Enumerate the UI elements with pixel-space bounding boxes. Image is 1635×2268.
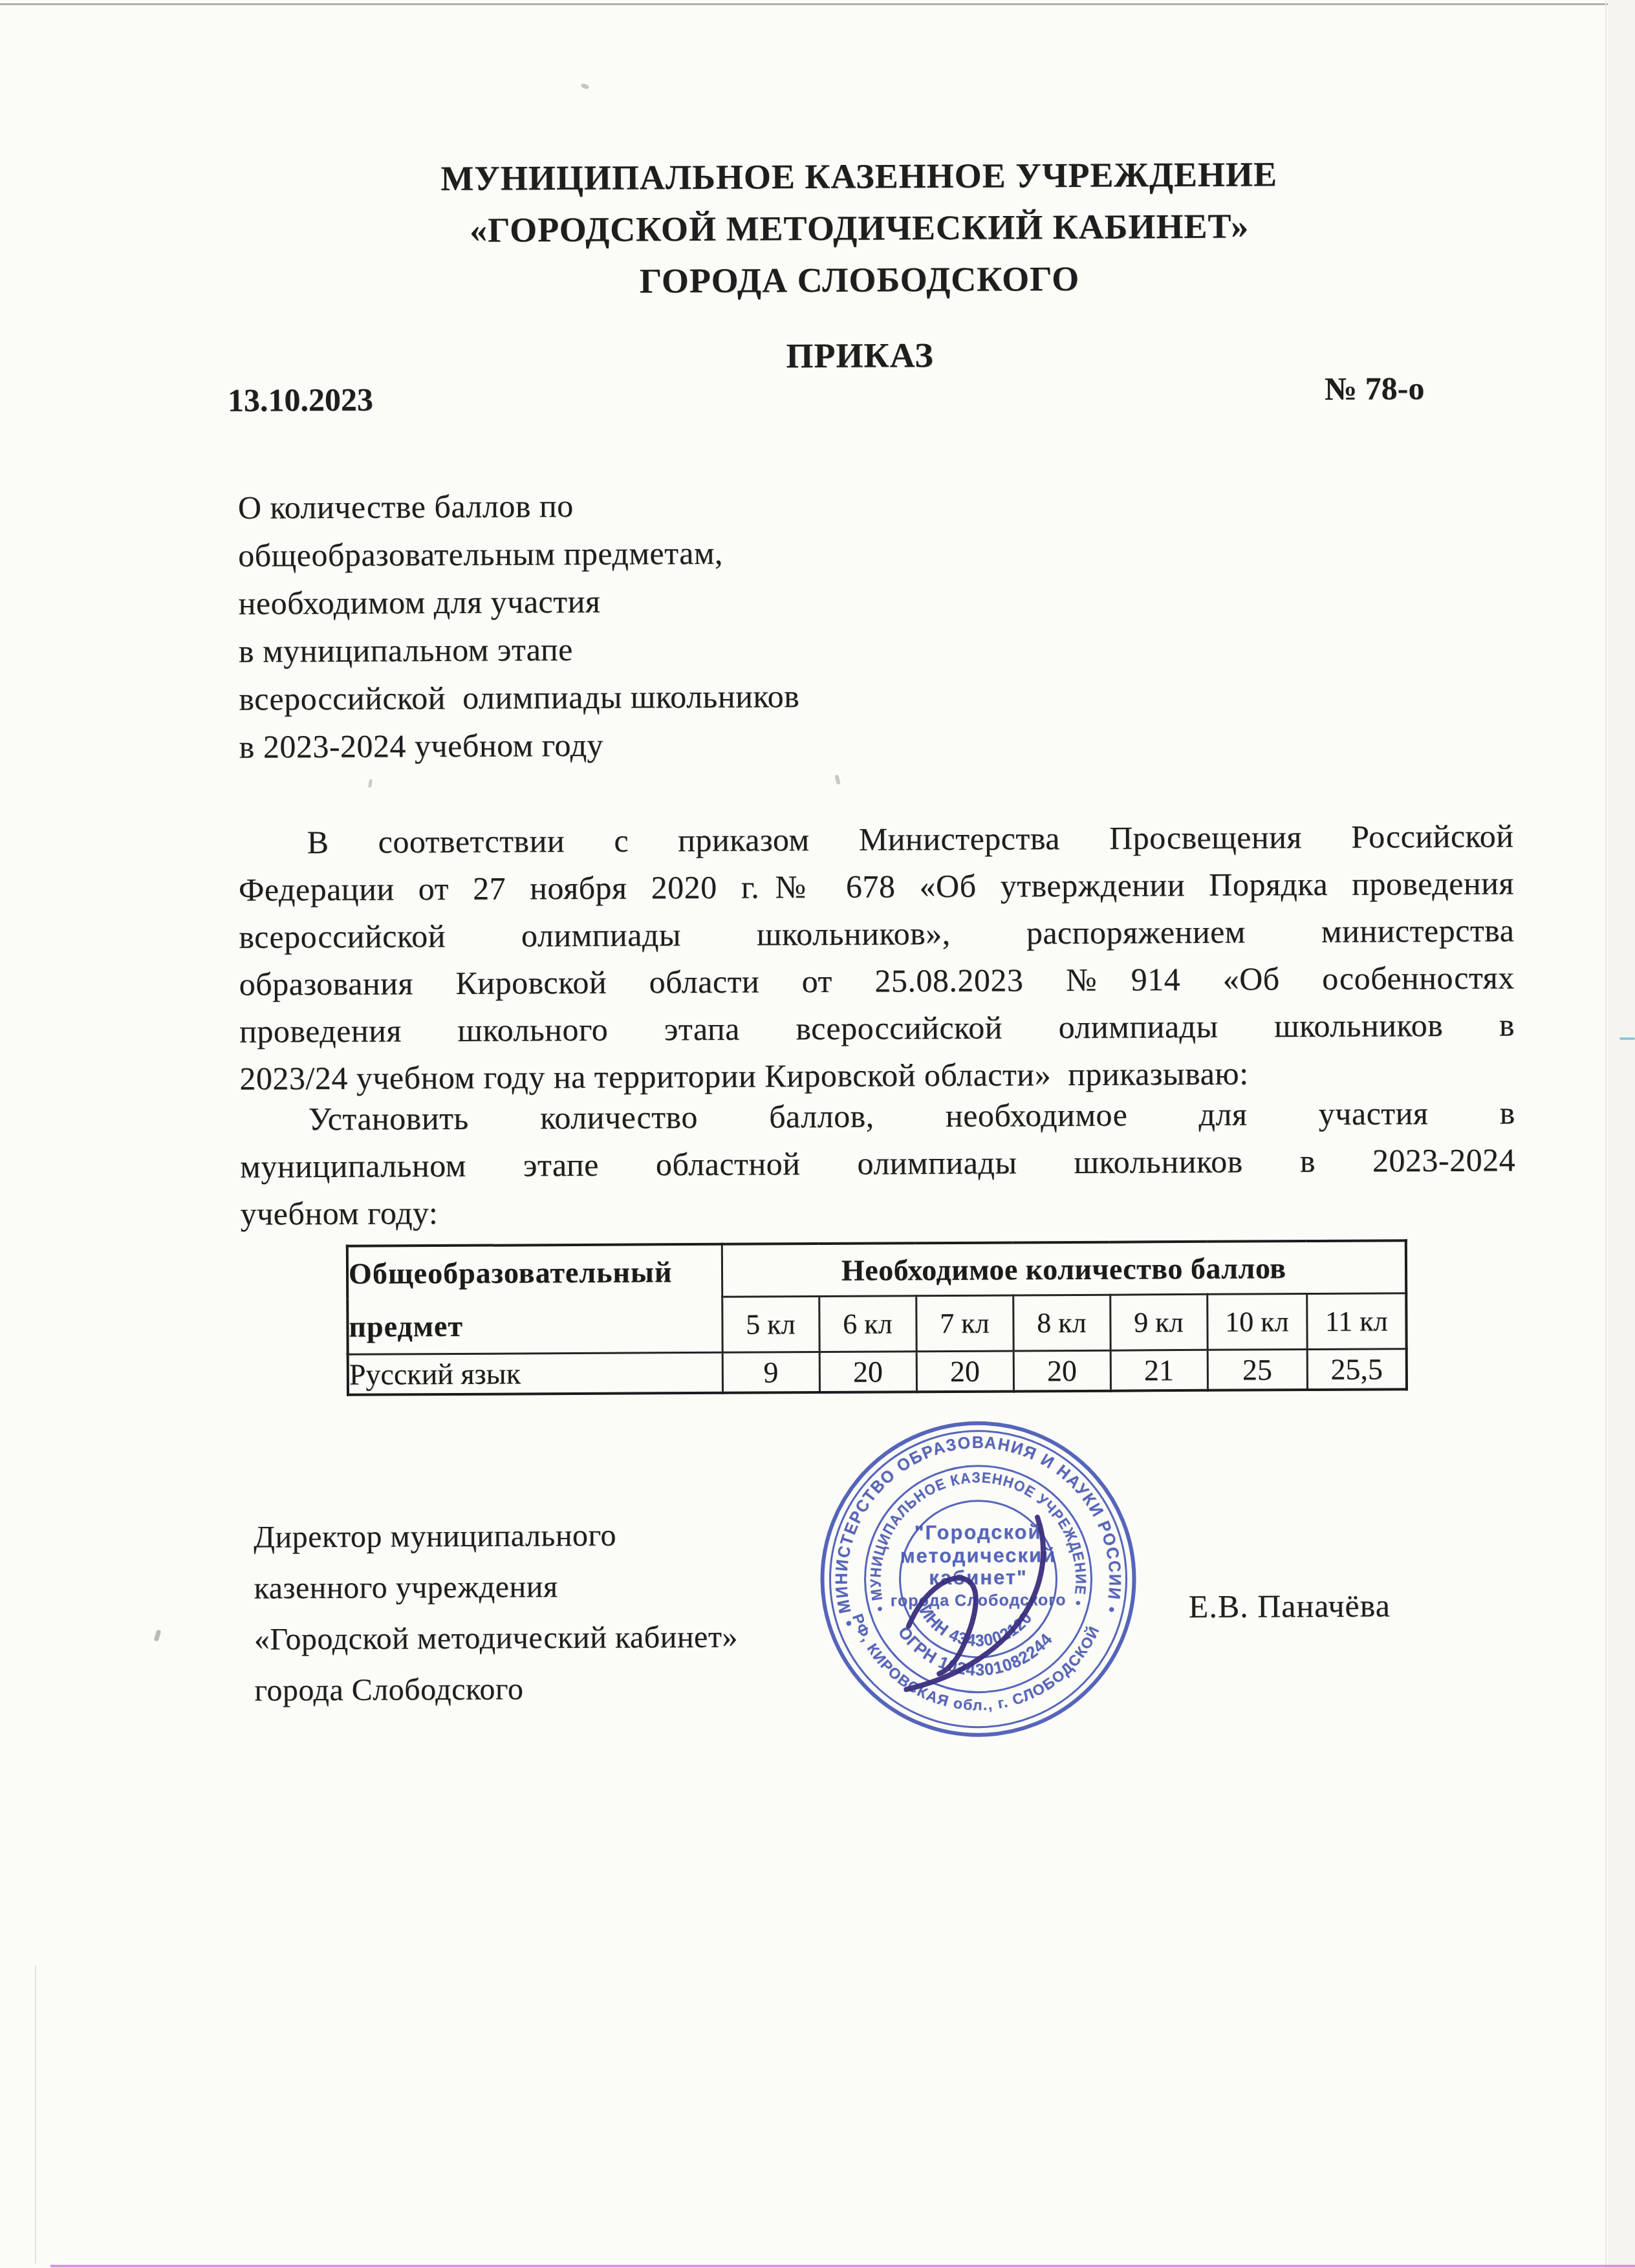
signer-name: Е.В. Паначёва	[1189, 1586, 1391, 1625]
grade-header: 8 кл	[1013, 1295, 1110, 1351]
stamp-center-line-2: методический	[900, 1544, 1056, 1567]
preamble-paragraph: В соответствии с приказом Министерства П…	[238, 812, 1515, 1102]
subject-cell: Русский язык	[348, 1352, 722, 1395]
scores-table: Общеобразовательный предмет Необходимое …	[346, 1239, 1408, 1396]
score-cell: 20	[916, 1351, 1013, 1392]
table-row: Русский язык 9 20 20 20 21 25 25,5	[348, 1349, 1407, 1395]
paragraph-line: образования Кировской области от 25.08.2…	[239, 954, 1515, 1008]
signature-line: «Городской методический кабинет»	[254, 1612, 738, 1665]
grade-header: 10 кл	[1207, 1294, 1306, 1350]
table-header-row-1: Общеобразовательный предмет Необходимое …	[347, 1240, 1406, 1299]
grade-header: 5 кл	[722, 1297, 819, 1353]
subject-line: необходимом для участия	[238, 576, 799, 627]
order-number: № 78-о	[1325, 369, 1425, 407]
grade-header: 9 кл	[1110, 1294, 1207, 1350]
signature-block: Директор муниципального казенного учрежд…	[254, 1509, 738, 1716]
org-name-line-1: МУНИЦИПАЛЬНОЕ КАЗЕННОЕ УЧРЕЖДЕНИЕ	[105, 147, 1612, 206]
document-page: МУНИЦИПАЛЬНОЕ КАЗЕННОЕ УЧРЕЖДЕНИЕ «ГОРОД…	[0, 0, 1635, 2268]
grade-header: 7 кл	[916, 1295, 1013, 1352]
signature-line: Директор муниципального	[254, 1509, 737, 1563]
score-cell: 25	[1207, 1350, 1307, 1390]
paragraph-line: муниципальном этапе областной олимпиады …	[240, 1136, 1515, 1190]
score-cell: 9	[722, 1352, 819, 1392]
paragraph-line: В соответствии с приказом Министерства П…	[238, 812, 1513, 866]
paragraph-line: проведения школьного этапа всероссийской…	[239, 1001, 1515, 1055]
signature-line: казенного учреждения	[254, 1561, 737, 1614]
score-cell: 20	[819, 1352, 916, 1392]
score-cell: 25,5	[1307, 1349, 1407, 1390]
score-cell: 21	[1110, 1350, 1207, 1390]
grade-header: 6 кл	[819, 1296, 916, 1352]
document-content: МУНИЦИПАЛЬНОЕ КАЗЕННОЕ УЧРЕЖДЕНИЕ «ГОРОД…	[0, 0, 1635, 2268]
paragraph-line: учебном году:	[240, 1183, 1515, 1237]
subject-line: в муниципальном этапе	[239, 624, 799, 675]
official-stamp: • МИНИСТЕРСТВО ОБРАЗОВАНИЯ И НАУКИ РОССИ…	[809, 1410, 1147, 1748]
org-name-line-2: «ГОРОДСКОЙ МЕТОДИЧЕСКИЙ КАБИНЕТ»	[105, 199, 1612, 258]
subject-line: в 2023-2024 учебном году	[239, 720, 800, 771]
table-header-subject: Общеобразовательный предмет	[347, 1244, 722, 1355]
subject-line: всероссийской олимпиады школьников	[239, 672, 799, 723]
subject-line: О количестве баллов по	[238, 481, 799, 532]
table-header-scores: Необходимое количество баллов	[722, 1240, 1406, 1297]
stamp-center-line-3: кабинет"	[929, 1566, 1028, 1589]
paragraph-line: Установить количество баллов, необходимо…	[240, 1089, 1515, 1143]
signature-line: города Слободского	[254, 1663, 738, 1716]
paragraph-line: Федерации от 27 ноября 2020 г.№ 678 «Об …	[239, 859, 1514, 913]
order-date: 13.10.2023	[228, 381, 373, 419]
order-paragraph: Установить количество баллов, необходимо…	[240, 1089, 1516, 1237]
grade-header: 11 кл	[1306, 1293, 1406, 1350]
paragraph-line: всероссийской олимпиады школьников», рас…	[239, 907, 1514, 960]
org-name-line-3: ГОРОДА СЛОБОДСКОГО	[106, 250, 1613, 310]
org-letterhead: МУНИЦИПАЛЬНОЕ КАЗЕННОЕ УЧРЕЖДЕНИЕ «ГОРОД…	[105, 147, 1613, 310]
stamp-center-line-1: "Городской	[915, 1520, 1042, 1544]
score-cell: 20	[1013, 1350, 1110, 1391]
subject-block: О количестве баллов по общеобразовательн…	[238, 481, 800, 771]
subject-line: общеобразовательным предметам,	[238, 528, 799, 579]
